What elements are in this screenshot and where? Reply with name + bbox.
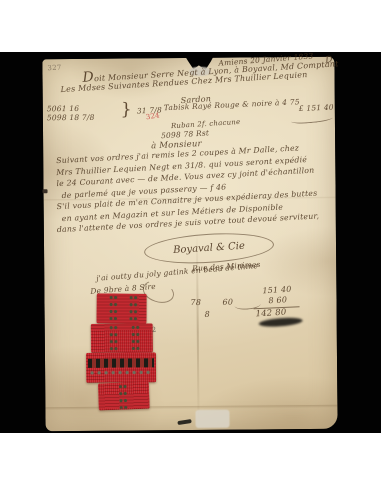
piece-number-1: 5061 16 [47,104,79,113]
fabric-swatch-piece-3 [86,352,156,383]
fabric-swatch-piece-4 [98,382,150,411]
horizontal-fold [45,405,337,411]
manuscript-letter: 327 Amiens 20 Janvier 1833 D Doit Monsie… [42,57,337,432]
signature: Boyaval & Cie [173,241,245,256]
woven-dot-row [89,369,153,378]
calc-quantity-3: 60 [222,298,233,307]
fabric-swatch-piece-2 [91,323,153,353]
fabric-swatch-piece-1 [96,293,146,323]
amount-underline-flourish [291,114,333,125]
piece-line: 5098 78 Rst [161,128,210,140]
checkered-weave-band [88,358,154,368]
photograph-frame: 327 Amiens 20 Janvier 1833 D Doit Monsie… [0,0,381,492]
left-edge-mark [43,189,48,193]
bottom-repair-patch [195,410,229,428]
bottom-ink-mark [177,419,191,425]
calc-quantity-1: 78 [190,298,201,307]
amount-due: £ 151 40 [299,103,334,114]
black-backdrop: 327 Amiens 20 Janvier 1833 D Doit Monsie… [0,52,381,433]
brace-glyph: } [120,100,132,120]
postscript-line-1: j'ai outty du joly gatink en beau de thi… [96,261,258,283]
calc-subtotal-2: 8 60 [268,295,287,305]
folio-number: 327 [47,64,61,73]
letter-body: Suivant vos ordres j'ai remis les 2 coup… [53,154,329,156]
calc-subtotal-1: 151 40 [262,285,292,296]
red-ink-stamp: 324 [145,111,160,121]
piece-number-2: 5098 18 7/8 [47,113,95,122]
woven-dot-column [128,295,137,323]
calc-quantity-2: 8 [205,310,210,319]
woven-dot-column [131,324,140,351]
woven-dot-column [109,325,118,352]
woven-dot-column [118,383,128,408]
woven-dot-column [108,294,117,322]
